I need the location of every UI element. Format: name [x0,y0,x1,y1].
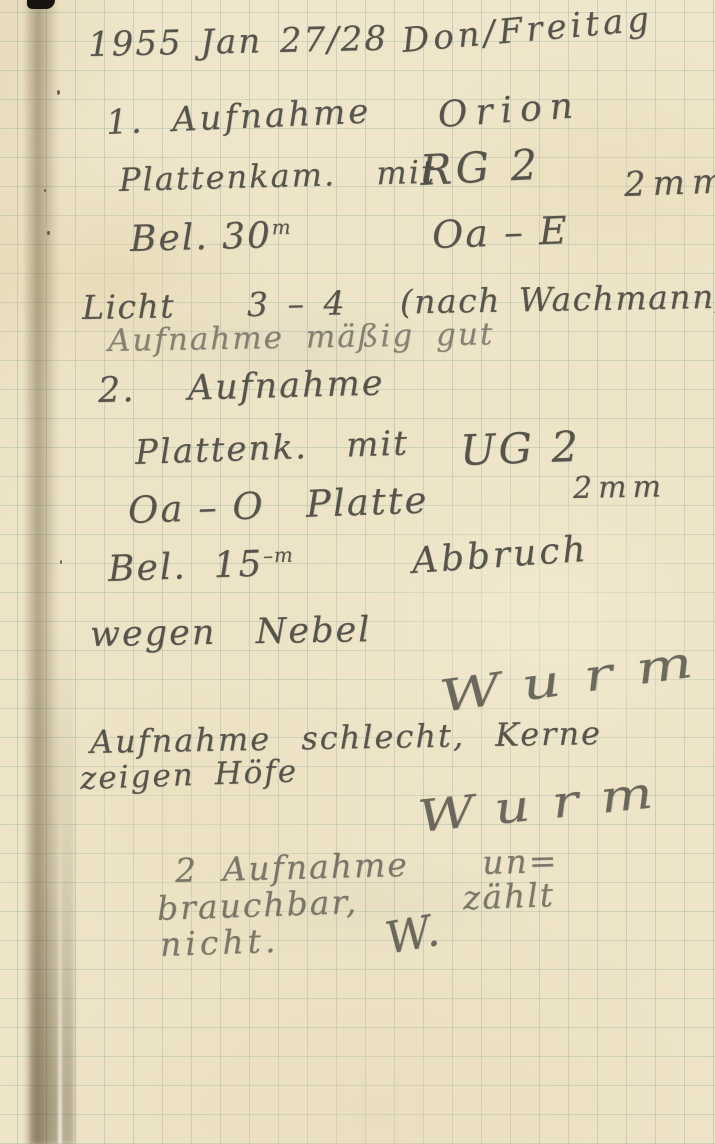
obs2-filter: UG 2 [459,426,581,472]
page-edge-highlight [58,778,62,1144]
dust-speck [47,231,50,235]
header-date: 1955 Jan 27/28 [88,22,389,62]
obs1-filter-thickness: 2mm [623,164,715,202]
notebook-page-scan: 1955 Jan 27/28 Don/Freitag 1. Aufnahme O… [0,0,715,1144]
obs2-remark-line3: nicht. [159,924,279,961]
obs2-exposure-value: Bel. 15 [107,544,264,590]
obs1-camera: Plattenkam. mit [119,156,437,196]
obs1-plate: Oa – E [431,211,569,254]
obs1-exposure: Bel. 30m [130,218,293,258]
obs2-camera: Plattenk. mit [134,426,409,470]
obs1-target: Orion [437,88,582,134]
obs1-remark-line2: zeigen Höfe [79,756,298,795]
obs2-plate: Oa – O Platte [127,482,429,529]
obs1-filter: RG 2 [419,144,542,192]
obs2-abort-reason: wegen Nebel [90,613,372,653]
obs1-result: Aufnahme mäßig gut [108,319,495,357]
obs2-exposure-unit: –m [263,544,294,568]
obs1-remark-line1: Aufnahme schlecht, Kerne [90,717,602,758]
dust-speck [44,189,46,192]
binding-gutter-shadow-bottom [30,0,74,1144]
obs1-number-line: 1. Aufnahme [105,94,372,140]
obs1-exposure-value: Bel. 30 [129,215,272,260]
signature-w-initial: W. [382,909,444,962]
obs2-number-line: 2. Aufnahme [98,367,385,409]
dust-speck [57,90,60,95]
obs1-exposure-unit: m [271,216,291,240]
obs2-exposure: Bel. 15–m [107,546,294,588]
dust-speck [60,560,62,564]
obs2-filter-thickness: 2mm [573,472,667,504]
